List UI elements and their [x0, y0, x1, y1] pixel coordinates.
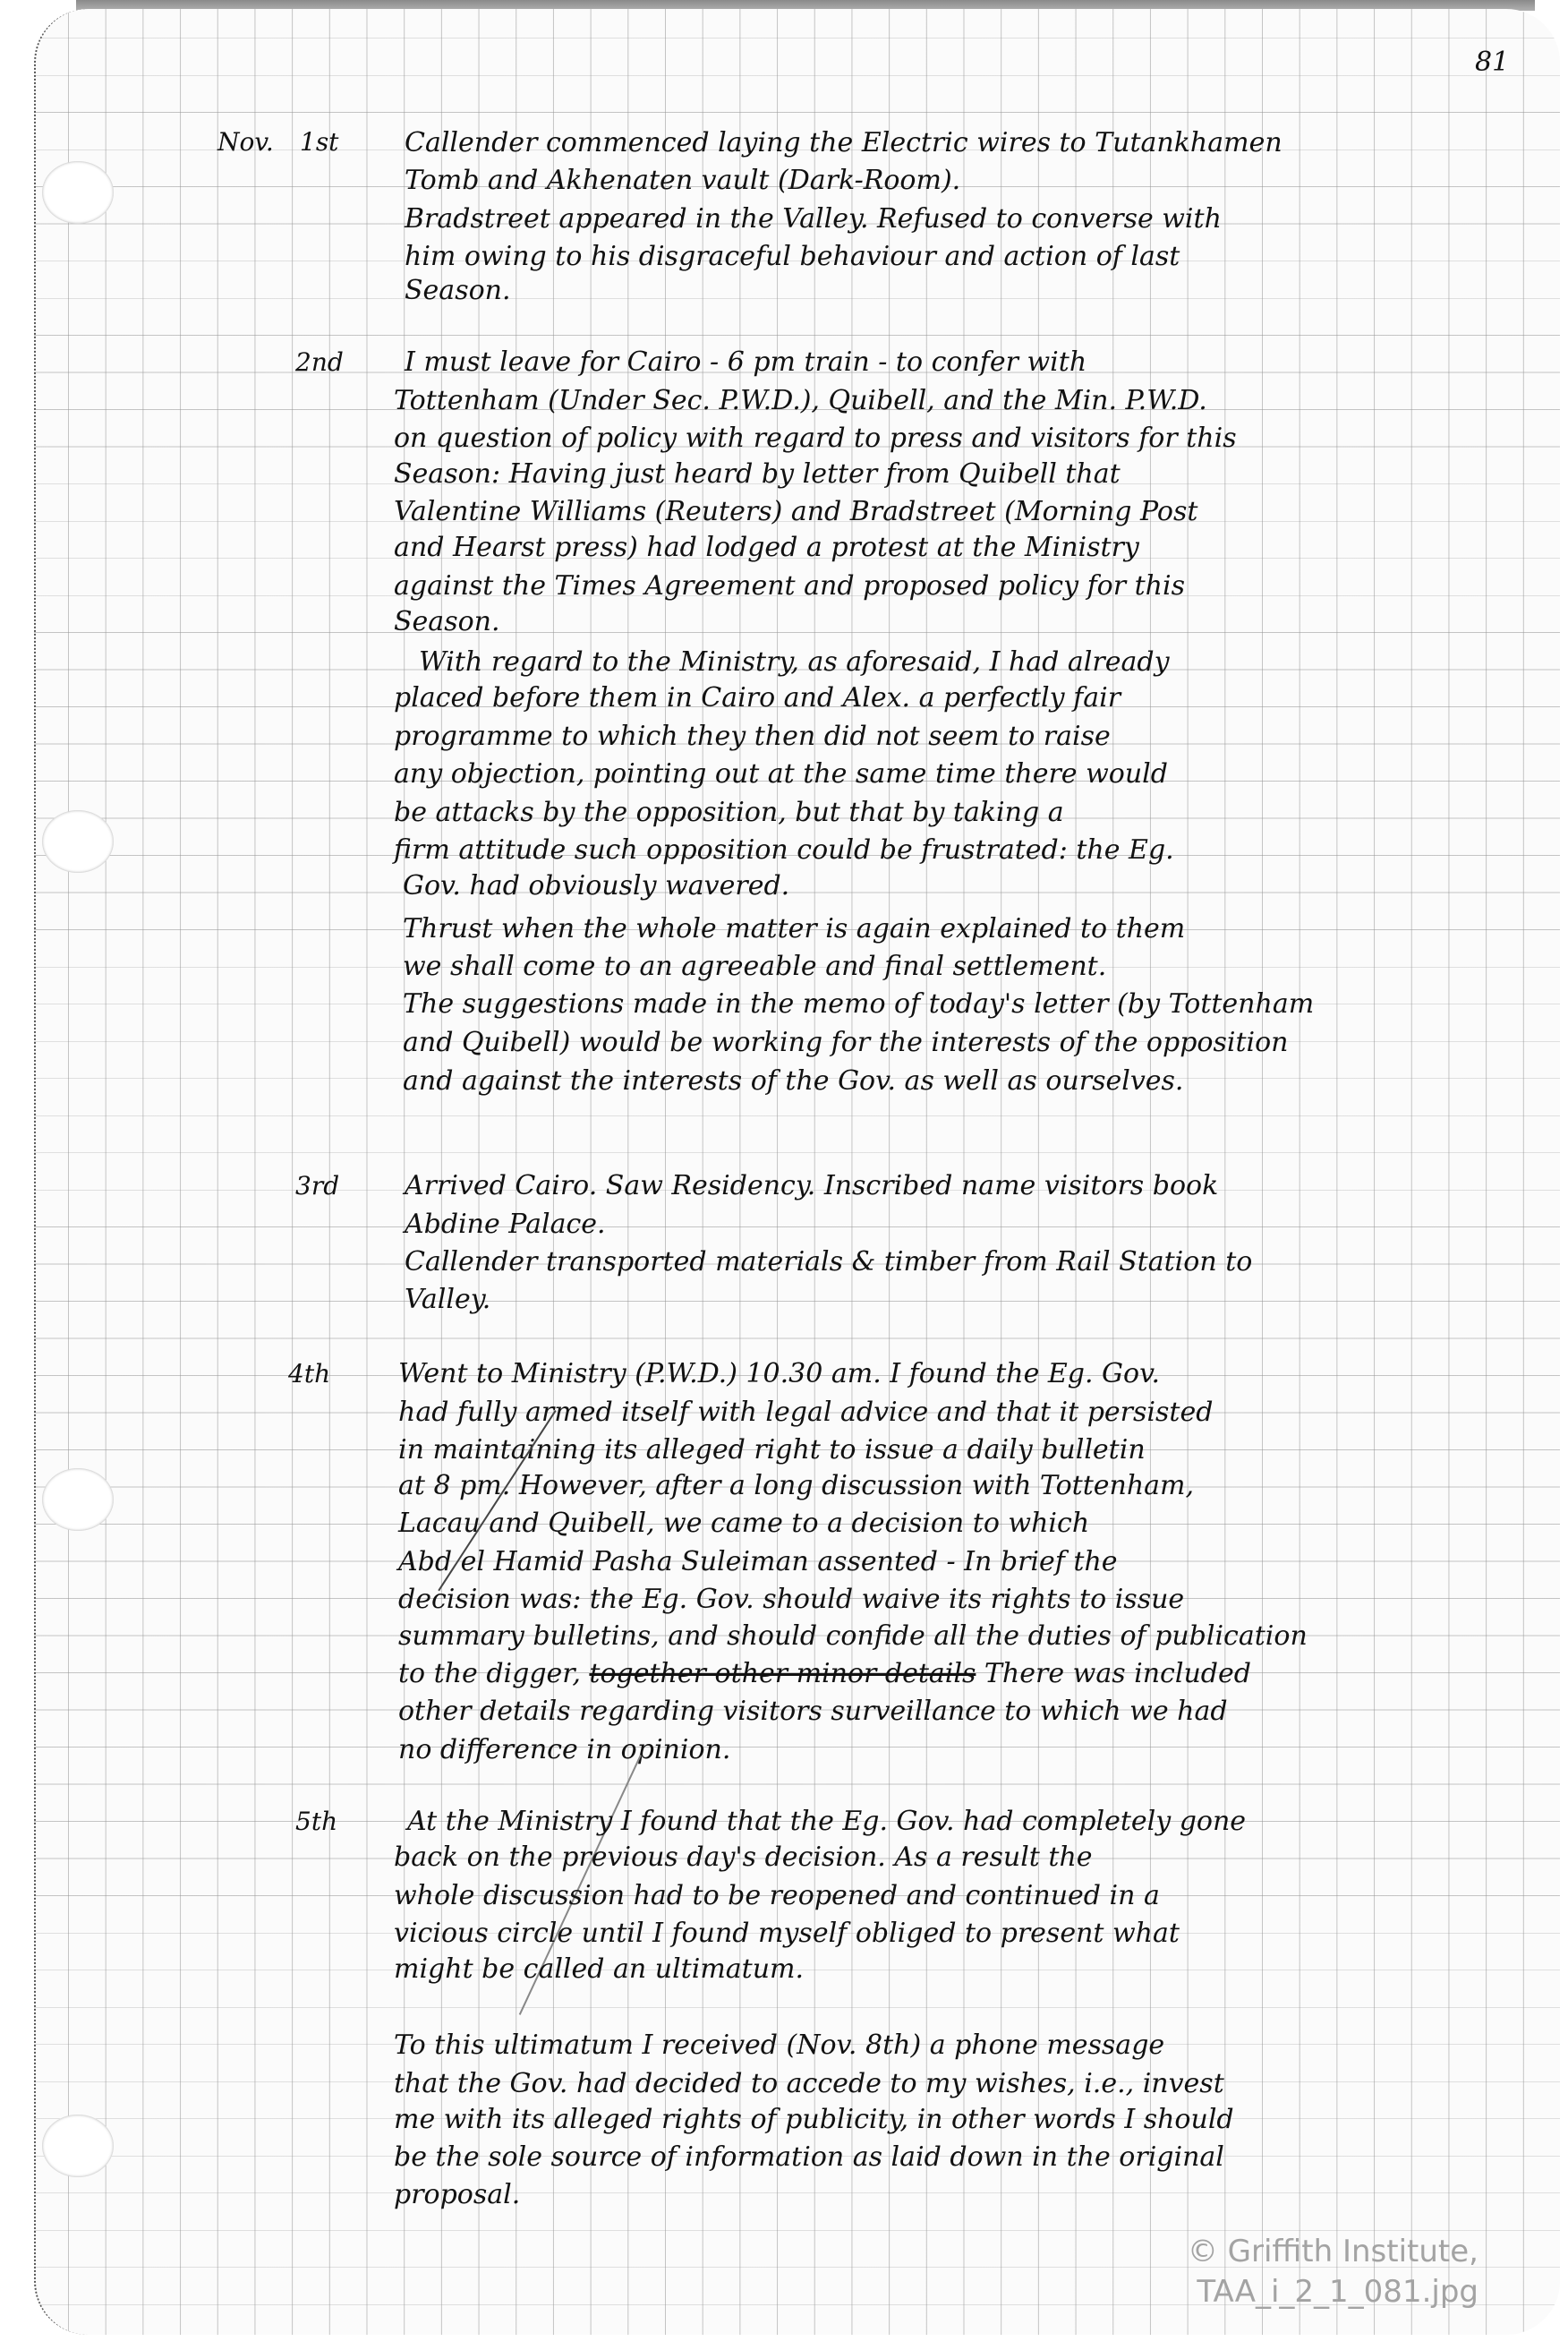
- entry-line: in maintaining its alleged right to issu…: [398, 1437, 1146, 1464]
- entry-line: With regard to the Ministry, as aforesai…: [419, 649, 1170, 676]
- entry-line: back on the previous day's decision. As …: [394, 1844, 1093, 1871]
- entry-line: summary bulletins, and should confide al…: [398, 1623, 1308, 1650]
- entry-line: To this ultimatum I received (Nov. 8th) …: [394, 2032, 1164, 2059]
- entry-day: 4th: [288, 1359, 330, 1389]
- entry-line: placed before them in Cairo and Alex. a …: [394, 685, 1121, 712]
- entry-day: 2nd: [295, 347, 344, 377]
- entry-line: The suggestions made in the memo of toda…: [403, 991, 1314, 1018]
- entry-line: Arrived Cairo. Saw Residency. Inscribed …: [405, 1173, 1218, 1200]
- entry-line: Abd el Hamid Pasha Suleiman assented - I…: [398, 1549, 1118, 1576]
- entry-line: Bradstreet appeared in the Valley. Refus…: [405, 206, 1222, 233]
- entry-line: At the Ministry I found that the Eg. Gov…: [407, 1808, 1246, 1835]
- entry-line: had fully armed itself with legal advice…: [398, 1399, 1213, 1426]
- entry-day: 5th: [295, 1807, 337, 1836]
- entry-line: vicious circle until I found myself obli…: [394, 1920, 1180, 1947]
- entry-line: be the sole source of information as lai…: [394, 2144, 1224, 2171]
- entry-line: that the Gov. had decided to accede to m…: [394, 2071, 1224, 2098]
- entry-text: to the digger,: [398, 1658, 581, 1689]
- entry-text: There was included: [984, 1658, 1251, 1689]
- entry-line: might be called an ultimatum.: [394, 1956, 804, 1983]
- entry-line: Tottenham (Under Sec. P.W.D.), Quibell, …: [394, 388, 1207, 414]
- binder-hole: [42, 1468, 114, 1531]
- binder-hole: [42, 2115, 114, 2177]
- entry-line: Valley.: [405, 1286, 490, 1313]
- entry-line: Thrust when the whole matter is again ex…: [403, 916, 1185, 943]
- entry-line: Season.: [394, 609, 500, 636]
- entry-line: Abdine Palace.: [405, 1211, 606, 1238]
- entry-line: on question of policy with regard to pre…: [394, 425, 1237, 452]
- entry-day: 1st: [300, 127, 338, 157]
- entry-line: Tomb and Akhenaten vault (Dark-Room).: [405, 167, 960, 194]
- entry-line: proposal.: [394, 2182, 520, 2209]
- entry-line: no difference in opinion.: [398, 1737, 730, 1764]
- entry-line: to the digger, together other minor deta…: [398, 1661, 1251, 1688]
- entry-line: firm attitude such opposition could be f…: [394, 837, 1174, 864]
- entry-line: Callender commenced laying the Electric …: [405, 130, 1283, 157]
- entry-line: decision was: the Eg. Gov. should waive …: [398, 1586, 1184, 1613]
- entry-line: Season: Having just heard by letter from…: [394, 461, 1121, 488]
- file-name-watermark: TAA_i_2_1_081.jpg: [1197, 2274, 1479, 2310]
- entry-line: at 8 pm. However, after a long discussio…: [398, 1473, 1194, 1500]
- entry-line: whole discussion had to be reopened and …: [394, 1883, 1160, 1910]
- entry-line: we shall come to an agreeable and final …: [403, 953, 1106, 980]
- entry-line: Callender transported materials & timber…: [405, 1249, 1252, 1276]
- entry-line: me with its alleged rights of publicity,…: [394, 2106, 1234, 2133]
- copyright-watermark: © Griffith Institute,: [1188, 2234, 1479, 2269]
- struck-text: together other minor details: [589, 1658, 976, 1689]
- entry-line: Gov. had obviously wavered.: [403, 873, 789, 900]
- entry-line: Went to Ministry (P.W.D.) 10.30 am. I fo…: [398, 1361, 1160, 1388]
- binder-hole: [42, 810, 114, 873]
- entry-line: and Quibell) would be working for the in…: [403, 1030, 1289, 1056]
- binder-hole: [42, 161, 114, 224]
- entry-line: be attacks by the opposition, but that b…: [394, 799, 1064, 826]
- entry-month: Nov.: [217, 127, 274, 157]
- entry-line: and against the interests of the Gov. as…: [403, 1068, 1183, 1095]
- entry-line: him owing to his disgraceful behaviour a…: [405, 244, 1180, 270]
- entry-line: against the Times Agreement and proposed…: [394, 573, 1185, 600]
- entry-line: any objection, pointing out at the same …: [394, 761, 1168, 788]
- entry-line: Lacau and Quibell, we came to a decision…: [398, 1510, 1089, 1537]
- entry-day: 3rd: [295, 1171, 339, 1201]
- entry-line: I must leave for Cairo - 6 pm train - to…: [405, 349, 1087, 376]
- entry-line: and Hearst press) had lodged a protest a…: [394, 534, 1139, 561]
- entry-line: Valentine Williams (Reuters) and Bradstr…: [394, 499, 1197, 526]
- entry-line: programme to which they then did not see…: [394, 723, 1111, 750]
- entry-line: Season.: [405, 278, 511, 304]
- page-number: 81: [1475, 47, 1509, 78]
- entry-line: other details regarding visitors surveil…: [398, 1698, 1228, 1725]
